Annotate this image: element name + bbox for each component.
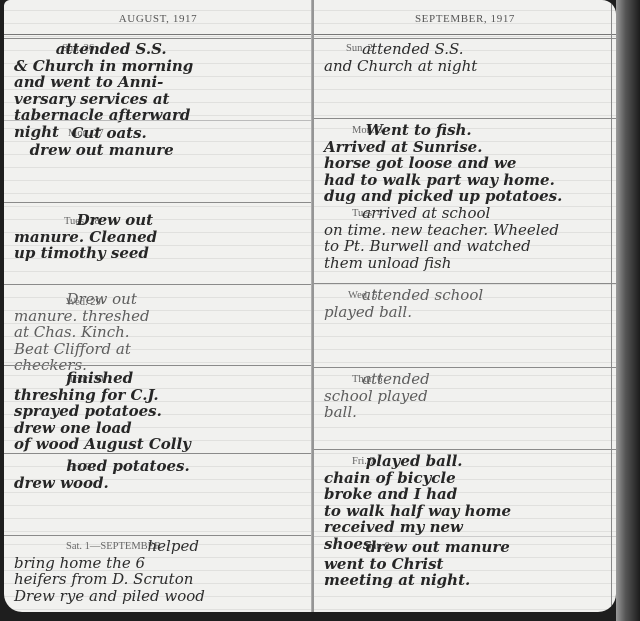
day-sat-8: Sat. 8 drew out manure went to Christ me… [314, 536, 616, 612]
day-sat-1: Sat. 1—SEPTEMBER helped bring home the 6… [4, 535, 312, 612]
day-thur-30: Thur. 30 finished threshing for C.J. spr… [4, 365, 312, 454]
day-entry: attended school played ball. [324, 371, 608, 421]
day-entry: hoed potatoes. drew wood. [14, 458, 304, 491]
day-tues-28: Tues. 28 Drew out manure. Cleaned up tim… [4, 202, 312, 285]
day-fri-31: Fri. 31 hoed potatoes. drew wood. [4, 453, 312, 536]
month-header-august: AUGUST, 1917 [4, 13, 312, 25]
book-cover-edge [616, 0, 640, 621]
day-entry: finished threshing for C.J. sprayed pota… [14, 370, 304, 453]
diary-scan: AUGUST, 1917 Sun. 26 attended S.S. & Chu… [0, 0, 640, 621]
day-wed-5: Wed. 5 attended school played ball. [314, 283, 616, 368]
header-rule [314, 34, 616, 35]
right-page-september: SEPTEMBER, 1917 Sun. 2 attended S.S. and… [314, 0, 616, 612]
day-entry: Drew out manure. Cleaned up timothy seed [14, 212, 304, 262]
day-entry: drew out manure went to Christ meeting a… [324, 539, 608, 589]
day-fri-7: Fri. 7 played ball. chain of bicycle bro… [314, 449, 616, 537]
day-entry: arrived at school on time. new teacher. … [324, 205, 608, 271]
header-rule [4, 34, 312, 35]
day-entry: attended S.S. and Church at night [324, 41, 608, 74]
day-entry: attended school played ball. [324, 287, 608, 320]
day-mon-27: Mon. 27 Cut oats. drew out manure [4, 120, 312, 203]
left-page-august: AUGUST, 1917 Sun. 26 attended S.S. & Chu… [4, 0, 312, 612]
day-thur-6: Thur. 6 attended school played ball. [314, 367, 616, 450]
day-sun-26: Sun. 26 attended S.S. & Church in mornin… [4, 38, 312, 121]
day-entry: Went to fish. Arrived at Sunrise. horse … [324, 122, 608, 205]
month-header-september: SEPTEMBER, 1917 [314, 13, 616, 25]
day-tues-4: Tues. 4 arrived at school on time. new t… [314, 200, 616, 283]
day-wed-29: Wed. 29 Drew out manure. threshed at Cha… [4, 284, 312, 366]
day-entry: Drew out manure. threshed at Chas. Kinch… [14, 291, 304, 374]
day-sun-2: Sun. 2 attended S.S. and Church at night [314, 38, 616, 119]
day-entry: helped bring home the 6 heifers from D. … [14, 538, 304, 604]
day-entry: Cut oats. drew out manure [14, 125, 304, 158]
